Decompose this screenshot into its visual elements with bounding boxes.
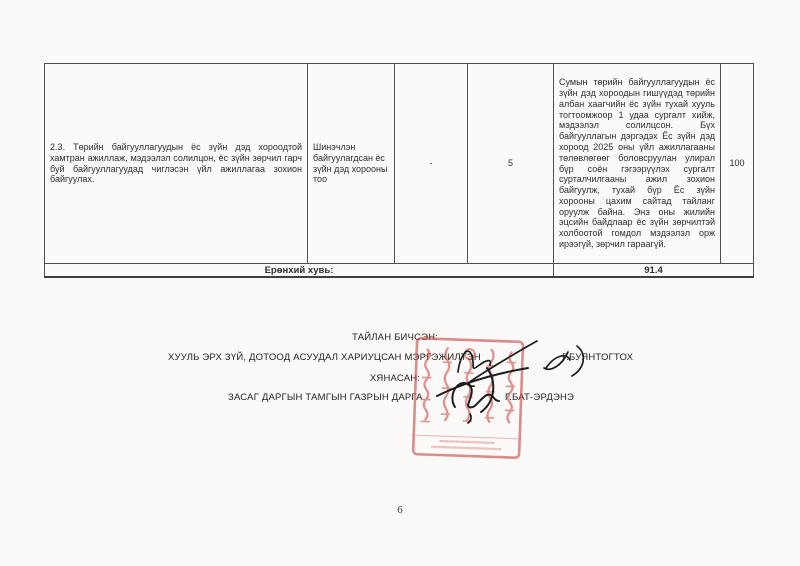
- summary-label: Ерөнхий хувь:: [45, 264, 554, 278]
- reviewer-title: ЗАСАГ ДАРГЫН ТАМГЫН ГАЗРЫН ДАРГА: [228, 392, 423, 403]
- writer-title: ХУУЛЬ ЭРХ ЗҮЙ, ДОТООД АСУУДАЛ ХАРИУЦСАН …: [168, 352, 481, 363]
- reviewer-name: Г.БАТ-ЭРДЭНЭ: [505, 392, 574, 403]
- written-by-label: ТАЙЛАН БИЧСЭН:: [0, 332, 790, 343]
- scanned-report-page: 2.3. Төрийн байгууллагуудын ёс зүйн дэд …: [0, 0, 800, 566]
- table-row: 2.3. Төрийн байгууллагуудын ёс зүйн дэд …: [45, 64, 754, 264]
- result-cell: Сумын төрийн байгууллагуудын ёс зүйн дэд…: [554, 64, 721, 264]
- score-cell: 100: [721, 64, 754, 264]
- reviewed-by-label: ХЯНАСАН:: [0, 373, 790, 384]
- page-number: 6: [0, 504, 800, 516]
- target-cell: 5: [468, 64, 554, 264]
- summary-row: Ерөнхий хувь: 91.4: [45, 264, 754, 278]
- activity-cell: 2.3. Төрийн байгууллагуудын ёс зүйн дэд …: [45, 64, 308, 264]
- summary-value: 91.4: [554, 264, 754, 278]
- baseline-cell: -: [395, 64, 468, 264]
- writer-name: Г.БУЯНТОГТОХ: [562, 352, 633, 363]
- report-table: 2.3. Төрийн байгууллагуудын ёс зүйн дэд …: [44, 63, 754, 278]
- indicator-cell: Шинэчлэн байгуулагдсан ёс зүйн дэд хороо…: [308, 64, 395, 264]
